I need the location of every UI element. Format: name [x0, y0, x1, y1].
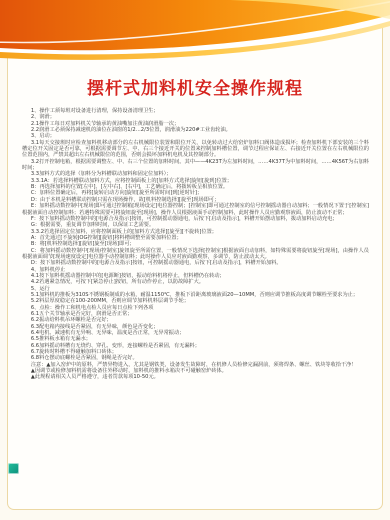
procedure-paragraph: 3.2打开控制电箱，根据需要调整左、中、右三个位置的加料时间。其中——4K23T… — [22, 159, 369, 172]
procedure-paragraph: 3.1每天交接班时应检查加料机移动部分的左右机械限位装置和限位开关，以免转动过大… — [22, 140, 369, 159]
procedure-paragraph: E：加料摇动数控制中[现场]即可通过控制箱[现场设定]电位器控制；[控制室]即可… — [22, 203, 369, 216]
poster-page: 摆杆式加料机安全操作规程 1、操作工须每班对设备进行清理，保持设备清理卫生；2、… — [0, 0, 390, 520]
page-title: 摆杆式加料机安全操作规程 — [0, 74, 390, 99]
watermark-logo — [8, 463, 19, 474]
procedure-paragraph: ▲此规程请相关人员严格遵守，违者罚款每项10-50元。 — [22, 374, 369, 380]
procedure-list: 1、操作工须每班对设备进行清理，保持设备清理卫生；2、润滑；2.1操作工每日对加… — [22, 108, 369, 381]
procedure-paragraph: C：将加料摇动数控制中[现场/控制室]旋钮旋至所需位置，一般情况下选择[控制室]… — [22, 248, 369, 261]
header-wave-decoration — [0, 0, 390, 62]
